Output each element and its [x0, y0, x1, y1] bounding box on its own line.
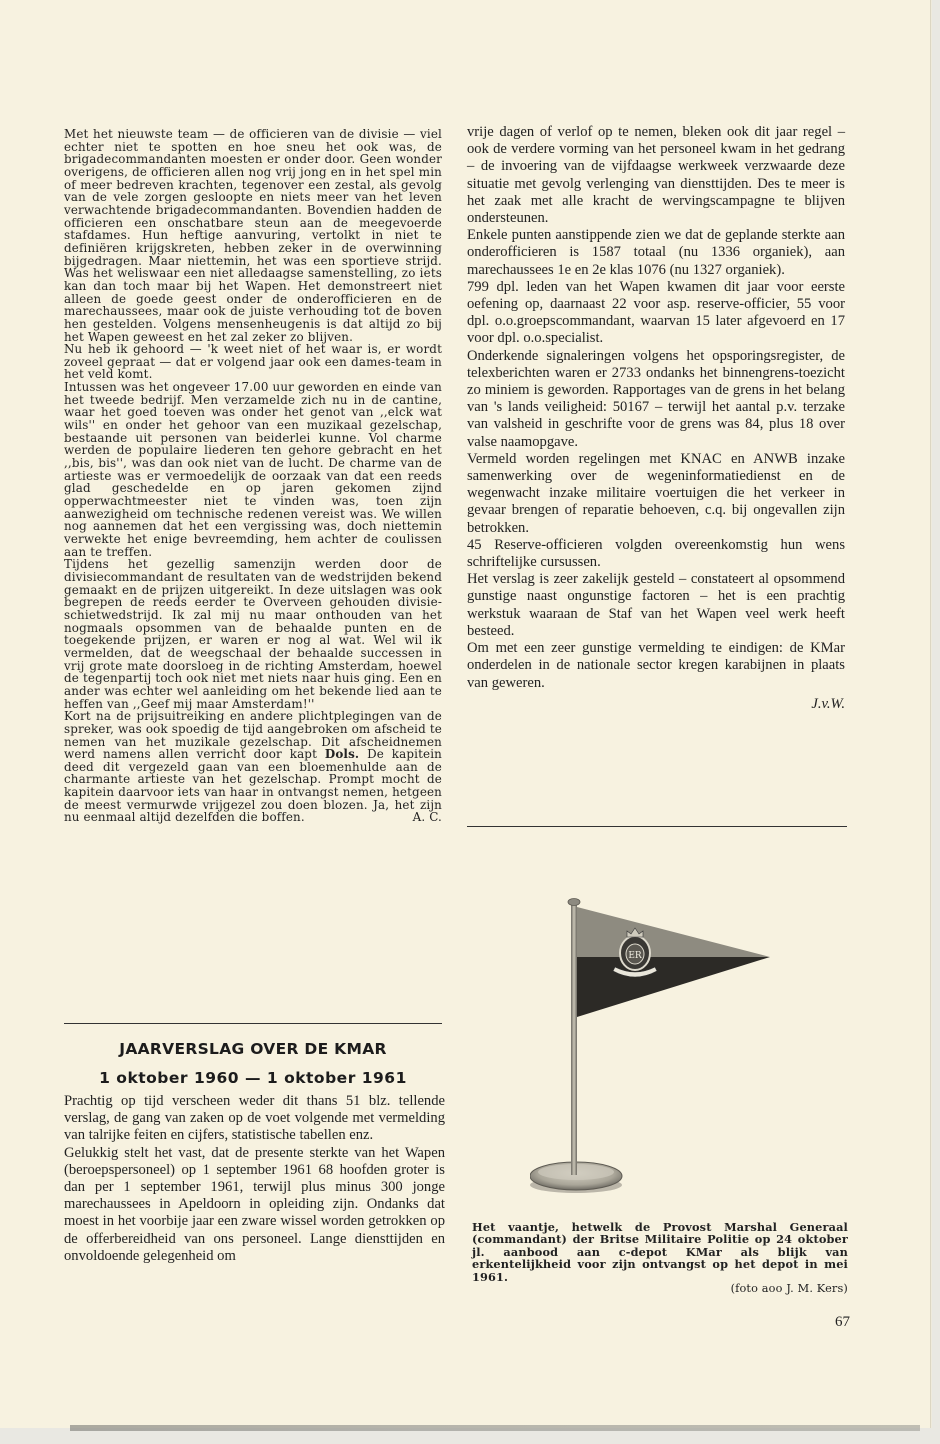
section-divider [467, 826, 847, 827]
article-right-body: vrije dagen of verlof op te nemen, bleke… [467, 124, 845, 713]
paragraph: Nu heb ik gehoord — 'k weet niet of het … [64, 343, 442, 381]
page-number: 67 [820, 1314, 850, 1331]
photo-credit: (foto aoo J. M. Kers) [472, 1283, 848, 1295]
paragraph: Onderkende signaleringen volgens het ops… [467, 348, 845, 451]
caption-text: Het vaantje, hetwelk de Provost Marshal … [472, 1221, 848, 1283]
article-left-body: Prachtig op tijd verscheen weder dit tha… [64, 1093, 445, 1265]
author-signature: A. C. [413, 811, 442, 824]
paragraph: Het verslag is zeer zakelijk gesteld – c… [467, 571, 845, 640]
article-subtitle: 1 oktober 1960 — 1 oktober 1961 [64, 1069, 442, 1087]
paragraph-with-signature: Kort na de prijsuitreiking en andere pli… [64, 710, 442, 824]
author-signature: J.v.W. [467, 696, 845, 713]
paragraph: Om met een zeer gunstige vermelding te e… [467, 640, 845, 692]
left-column-article: Met het nieuwste team — de officieren va… [64, 128, 442, 824]
paragraph: vrije dagen of verlof op te nemen, bleke… [467, 124, 845, 227]
paragraph: Met het nieuwste team — de officieren va… [64, 128, 442, 343]
article-title: JAARVERSLAG OVER DE KMAR [64, 1040, 442, 1058]
paragraph: 45 Reserve-officieren volgden overeenkom… [467, 537, 845, 571]
paragraph: Enkele punten aanstippende zien we dat d… [467, 227, 845, 279]
paragraph: 799 dpl. leden van het Wapen kwamen dit … [467, 279, 845, 348]
paragraph: Intussen was het ongeveer 17.00 uur gewo… [64, 381, 442, 558]
section-divider [64, 1023, 442, 1024]
magazine-page: Met het nieuwste team — de officieren va… [0, 0, 931, 1428]
pennant-flag-icon: ER [530, 893, 800, 1193]
page-edge-shadow [70, 1425, 920, 1431]
paragraph: Gelukkig stelt het vast, dat de presente… [64, 1145, 445, 1265]
paragraph: Prachtig op tijd verscheen weder dit tha… [64, 1093, 445, 1145]
svg-text:ER: ER [628, 951, 642, 961]
paragraph: Tijdens het gezellig samenzijn werden do… [64, 558, 442, 710]
pennant-photo: ER [530, 893, 800, 1193]
paragraph: Vermeld worden regelingen met KNAC en AN… [467, 451, 845, 537]
photo-caption: Het vaantje, hetwelk de Provost Marshal … [472, 1221, 848, 1295]
